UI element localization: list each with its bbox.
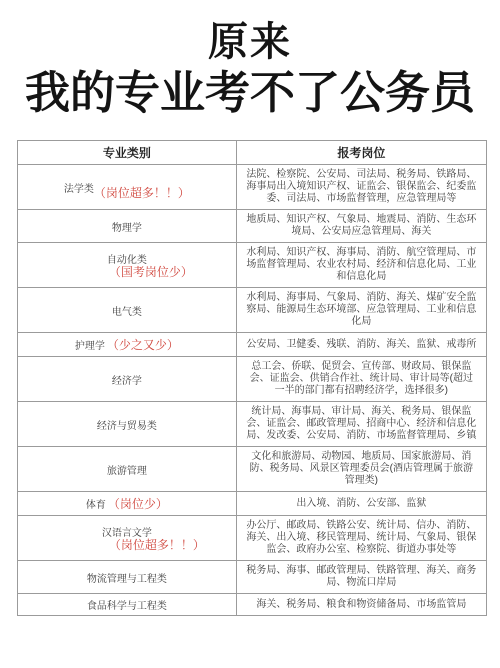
positions-text: 办公厅、邮政局、铁路公安、统计局、信办、消防、海关、出入境、移民管理局、统计局、… xyxy=(236,516,486,561)
major-name: 物流管理与工程类 xyxy=(87,574,167,585)
title-line1: 原来 xyxy=(0,20,500,64)
table-row: 物流管理与工程类 税务局、海事、邮政管理局、铁路管理、海关、商务局、物流口岸局 xyxy=(18,561,487,594)
table-row: 电气类 水利局、海事局、气象局、消防、海关、煤矿安全监察局、能源局生态环境部、应… xyxy=(18,288,487,333)
title-line2: 我的专业考不了公务员 xyxy=(0,68,500,118)
table-row: 物理学 地质局、知识产权、气象局、地震局、消防、生态环境局、公安局应急管理局、海… xyxy=(18,210,487,243)
major-name: 电气类 xyxy=(112,307,142,318)
positions-text: 水利局、海事局、气象局、消防、海关、煤矿安全监察局、能源局生态环境部、应急管理局… xyxy=(236,288,486,333)
positions-text: 地质局、知识产权、气象局、地震局、消防、生态环境局、公安局应急管理局、海关 xyxy=(236,210,486,243)
table-header-row: 专业类别 报考岗位 xyxy=(18,141,487,165)
page-title: 原来 我的专业考不了公务员 xyxy=(0,20,500,118)
positions-text: 水利局、知识产权、海事局、消防、航空管理局、市场监督管理局、农业农村局、经济和信… xyxy=(236,243,486,288)
table-row: 食品科学与工程类 海关、税务局、粮食和物资储备局、市场监管局 xyxy=(18,594,487,616)
positions-text: 统计局、海事局、审计局、海关、税务局、银保监会、证监会、邮政管理局、招商中心、经… xyxy=(236,402,486,447)
positions-text: 海关、税务局、粮食和物资储备局、市场监管局 xyxy=(236,594,486,616)
major-note: （岗位少） xyxy=(108,497,168,511)
table-row: 汉语言文学（岗位超多！！） 办公厅、邮政局、铁路公安、统计局、信办、消防、海关、… xyxy=(18,516,487,561)
major-name: 旅游管理 xyxy=(107,466,147,477)
major-name: 护理学 xyxy=(75,341,105,352)
major-note: （岗位超多！！） xyxy=(52,536,262,553)
table-row: 经济学 总工会、侨联、促贸会、宣传部、财政局、银保监会、证监会、供销合作社、统计… xyxy=(18,357,487,402)
header-positions: 报考岗位 xyxy=(236,141,486,165)
major-name: 物理学 xyxy=(112,223,142,234)
major-note: （少之又少） xyxy=(107,338,179,352)
table-row: 法学类（岗位超多！！） 法院、检察院、公安局、司法局、税务局、铁路局、海事局出入… xyxy=(18,165,487,210)
positions-text: 总工会、侨联、促贸会、宣传部、财政局、银保监会、证监会、供销合作社、统计局、审计… xyxy=(236,357,486,402)
table-row: 体育（岗位少） 出入境、消防、公安部、监狱 xyxy=(18,492,487,516)
table-row: 自动化类（国考岗位少） 水利局、知识产权、海事局、消防、航空管理局、市场监督管理… xyxy=(18,243,487,288)
positions-text: 文化和旅游局、动物园、地质局、国家旅游局、消防、税务局、风景区管理委员会(酒店管… xyxy=(236,447,486,492)
positions-text: 税务局、海事、邮政管理局、铁路管理、海关、商务局、物流口岸局 xyxy=(236,561,486,594)
major-name: 经济与贸易类 xyxy=(97,421,157,432)
major-name: 经济学 xyxy=(112,376,142,387)
table-row: 护理学（少之又少） 公安局、卫健委、残联、消防、海关、监狱、戒毒所 xyxy=(18,333,487,357)
major-name: 法学类 xyxy=(64,184,94,195)
table-row: 经济与贸易类 统计局、海事局、审计局、海关、税务局、银保监会、证监会、邮政管理局… xyxy=(18,402,487,447)
positions-text: 公安局、卫健委、残联、消防、海关、监狱、戒毒所 xyxy=(236,333,486,357)
majors-table: 专业类别 报考岗位 法学类（岗位超多！！） 法院、检察院、公安局、司法局、税务局… xyxy=(17,140,487,616)
major-name: 食品科学与工程类 xyxy=(87,601,167,612)
major-note: （国考岗位少） xyxy=(46,263,256,280)
header-major-category: 专业类别 xyxy=(18,141,237,165)
major-name: 体育 xyxy=(86,500,106,511)
positions-text: 出入境、消防、公安部、监狱 xyxy=(236,492,486,516)
positions-text: 法院、检察院、公安局、司法局、税务局、铁路局、海事局出入境知识产权、证监会、银保… xyxy=(236,165,486,210)
major-note: （岗位超多！！） xyxy=(94,186,190,200)
table-row: 旅游管理 文化和旅游局、动物园、地质局、国家旅游局、消防、税务局、风景区管理委员… xyxy=(18,447,487,492)
